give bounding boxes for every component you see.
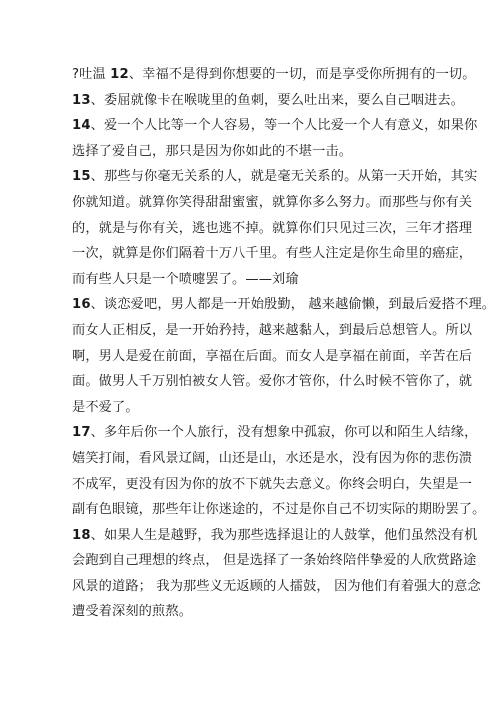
item-number: 17 — [72, 425, 91, 440]
line-text: 、幸福不是得到你想要的一切，而是享受你所拥有的一切。 — [129, 67, 476, 82]
paragraph-17-line-2: 嬉笑打闹，看风景辽阔，山还是山，水还是水，没有因为你的悲伤溃 — [72, 446, 402, 472]
line-text: 、如果人生是越野，我为那些选择退让的人鼓掌，他们虽然没有机 — [91, 528, 478, 543]
document-body: ?吐温 12、幸福不是得到你想要的一切，而是享受你所拥有的一切。 13、委屈就像… — [72, 62, 402, 625]
paragraph-18-line-3: 风景的道路； 我为那些义无返顾的人擂鼓， 因为他们有着强大的意念 — [72, 574, 402, 600]
paragraph-17-line-1: 17、多年后你一个人旅行，没有想象中孤寂，你可以和陌生人结缘， — [72, 420, 402, 446]
item-number: 15 — [72, 169, 91, 184]
paragraph-18-line-2: 会跑到自己理想的终点， 但是选择了一条始终陪伴挚爱的人欣赏路途 — [72, 548, 402, 574]
paragraph-16-line-4: 面。做男人千万别怕被女人管。爱你才管你，什么时候不管你了，就 — [72, 369, 402, 395]
paragraph-16-line-5: 是不爱了。 — [72, 395, 402, 421]
line-text: 、委屈就像卡在喉咙里的鱼刺，要么吐出来，要么自己咽进去。 — [91, 93, 464, 108]
paragraph-15-line-5: 而有些人只是一个喷嚏罢了。——刘瑜 — [72, 267, 402, 293]
paragraph-17-line-4: 副有色眼镜，那些年让你迷途的，不过是你自己不切实际的期盼罢了。 — [72, 497, 402, 523]
item-number: 18 — [72, 528, 91, 543]
paragraph-16-line-2: 而女人正相反，是一开始矜持，越来越黏人，到最后总想管人。所以 — [72, 318, 402, 344]
paragraph-18-line-1: 18、如果人生是越野，我为那些选择退让的人鼓掌，他们虽然没有机 — [72, 523, 402, 549]
paragraph-14-line-1: 14、爱一个人比等一个人容易，等一个人比爱一个人有意义，如果你 — [72, 113, 402, 139]
paragraph-16-line-3: 啊，男人是爱在前面，享福在后面。而女人是享福在前面，辛苦在后 — [72, 344, 402, 370]
paragraph-13-line-1: 13、委屈就像卡在喉咙里的鱼刺，要么吐出来，要么自己咽进去。 — [72, 88, 402, 114]
paragraph-15-line-3: 的，就是与你有关，逃也逃不掉。就算你们只见过三次，三年才搭理 — [72, 216, 402, 242]
paragraph-15-line-2: 你就知道。就算你笑得甜甜蜜蜜，就算你多么努力。而那些与你有关 — [72, 190, 402, 216]
line-text: 、多年后你一个人旅行，没有想象中孤寂，你可以和陌生人结缘， — [91, 425, 478, 440]
item-number: 12 — [110, 67, 129, 82]
line-text: 、谈恋爱吧，男人都是一开始殷勤， 越来越偷懒，到最后爱搭不理。 — [91, 297, 495, 312]
paragraph-14-line-2: 选择了爱自己，那只是因为你如此的不堪一击。 — [72, 139, 402, 165]
paragraph-17-line-3: 不成军，更没有因为你的放不下就失去意义。你终会明白，失望是一 — [72, 472, 402, 498]
paragraph-15-line-4: 一次，就算是你们隔着十万八千里。有些人注定是你生命里的癌症， — [72, 241, 402, 267]
line-text: 、那些与你毫无关系的人，就是毫无关系的。从第一天开始，其实 — [91, 169, 478, 184]
paragraph-15-line-1: 15、那些与你毫无关系的人，就是毫无关系的。从第一天开始，其实 — [72, 164, 402, 190]
item-number: 13 — [72, 93, 91, 108]
paragraph-16-line-1: 16、谈恋爱吧，男人都是一开始殷勤， 越来越偷懒，到最后爱搭不理。 — [72, 292, 402, 318]
paragraph-18-line-4: 遭受着深刻的煎熬。 — [72, 599, 402, 625]
line-text: 、爱一个人比等一个人容易，等一个人比爱一个人有意义，如果你 — [91, 118, 478, 133]
item-number: 14 — [72, 118, 91, 133]
item-number: 16 — [72, 297, 91, 312]
prefix-text: ?吐温 — [72, 67, 110, 82]
paragraph-12-line-1: ?吐温 12、幸福不是得到你想要的一切，而是享受你所拥有的一切。 — [72, 62, 402, 88]
